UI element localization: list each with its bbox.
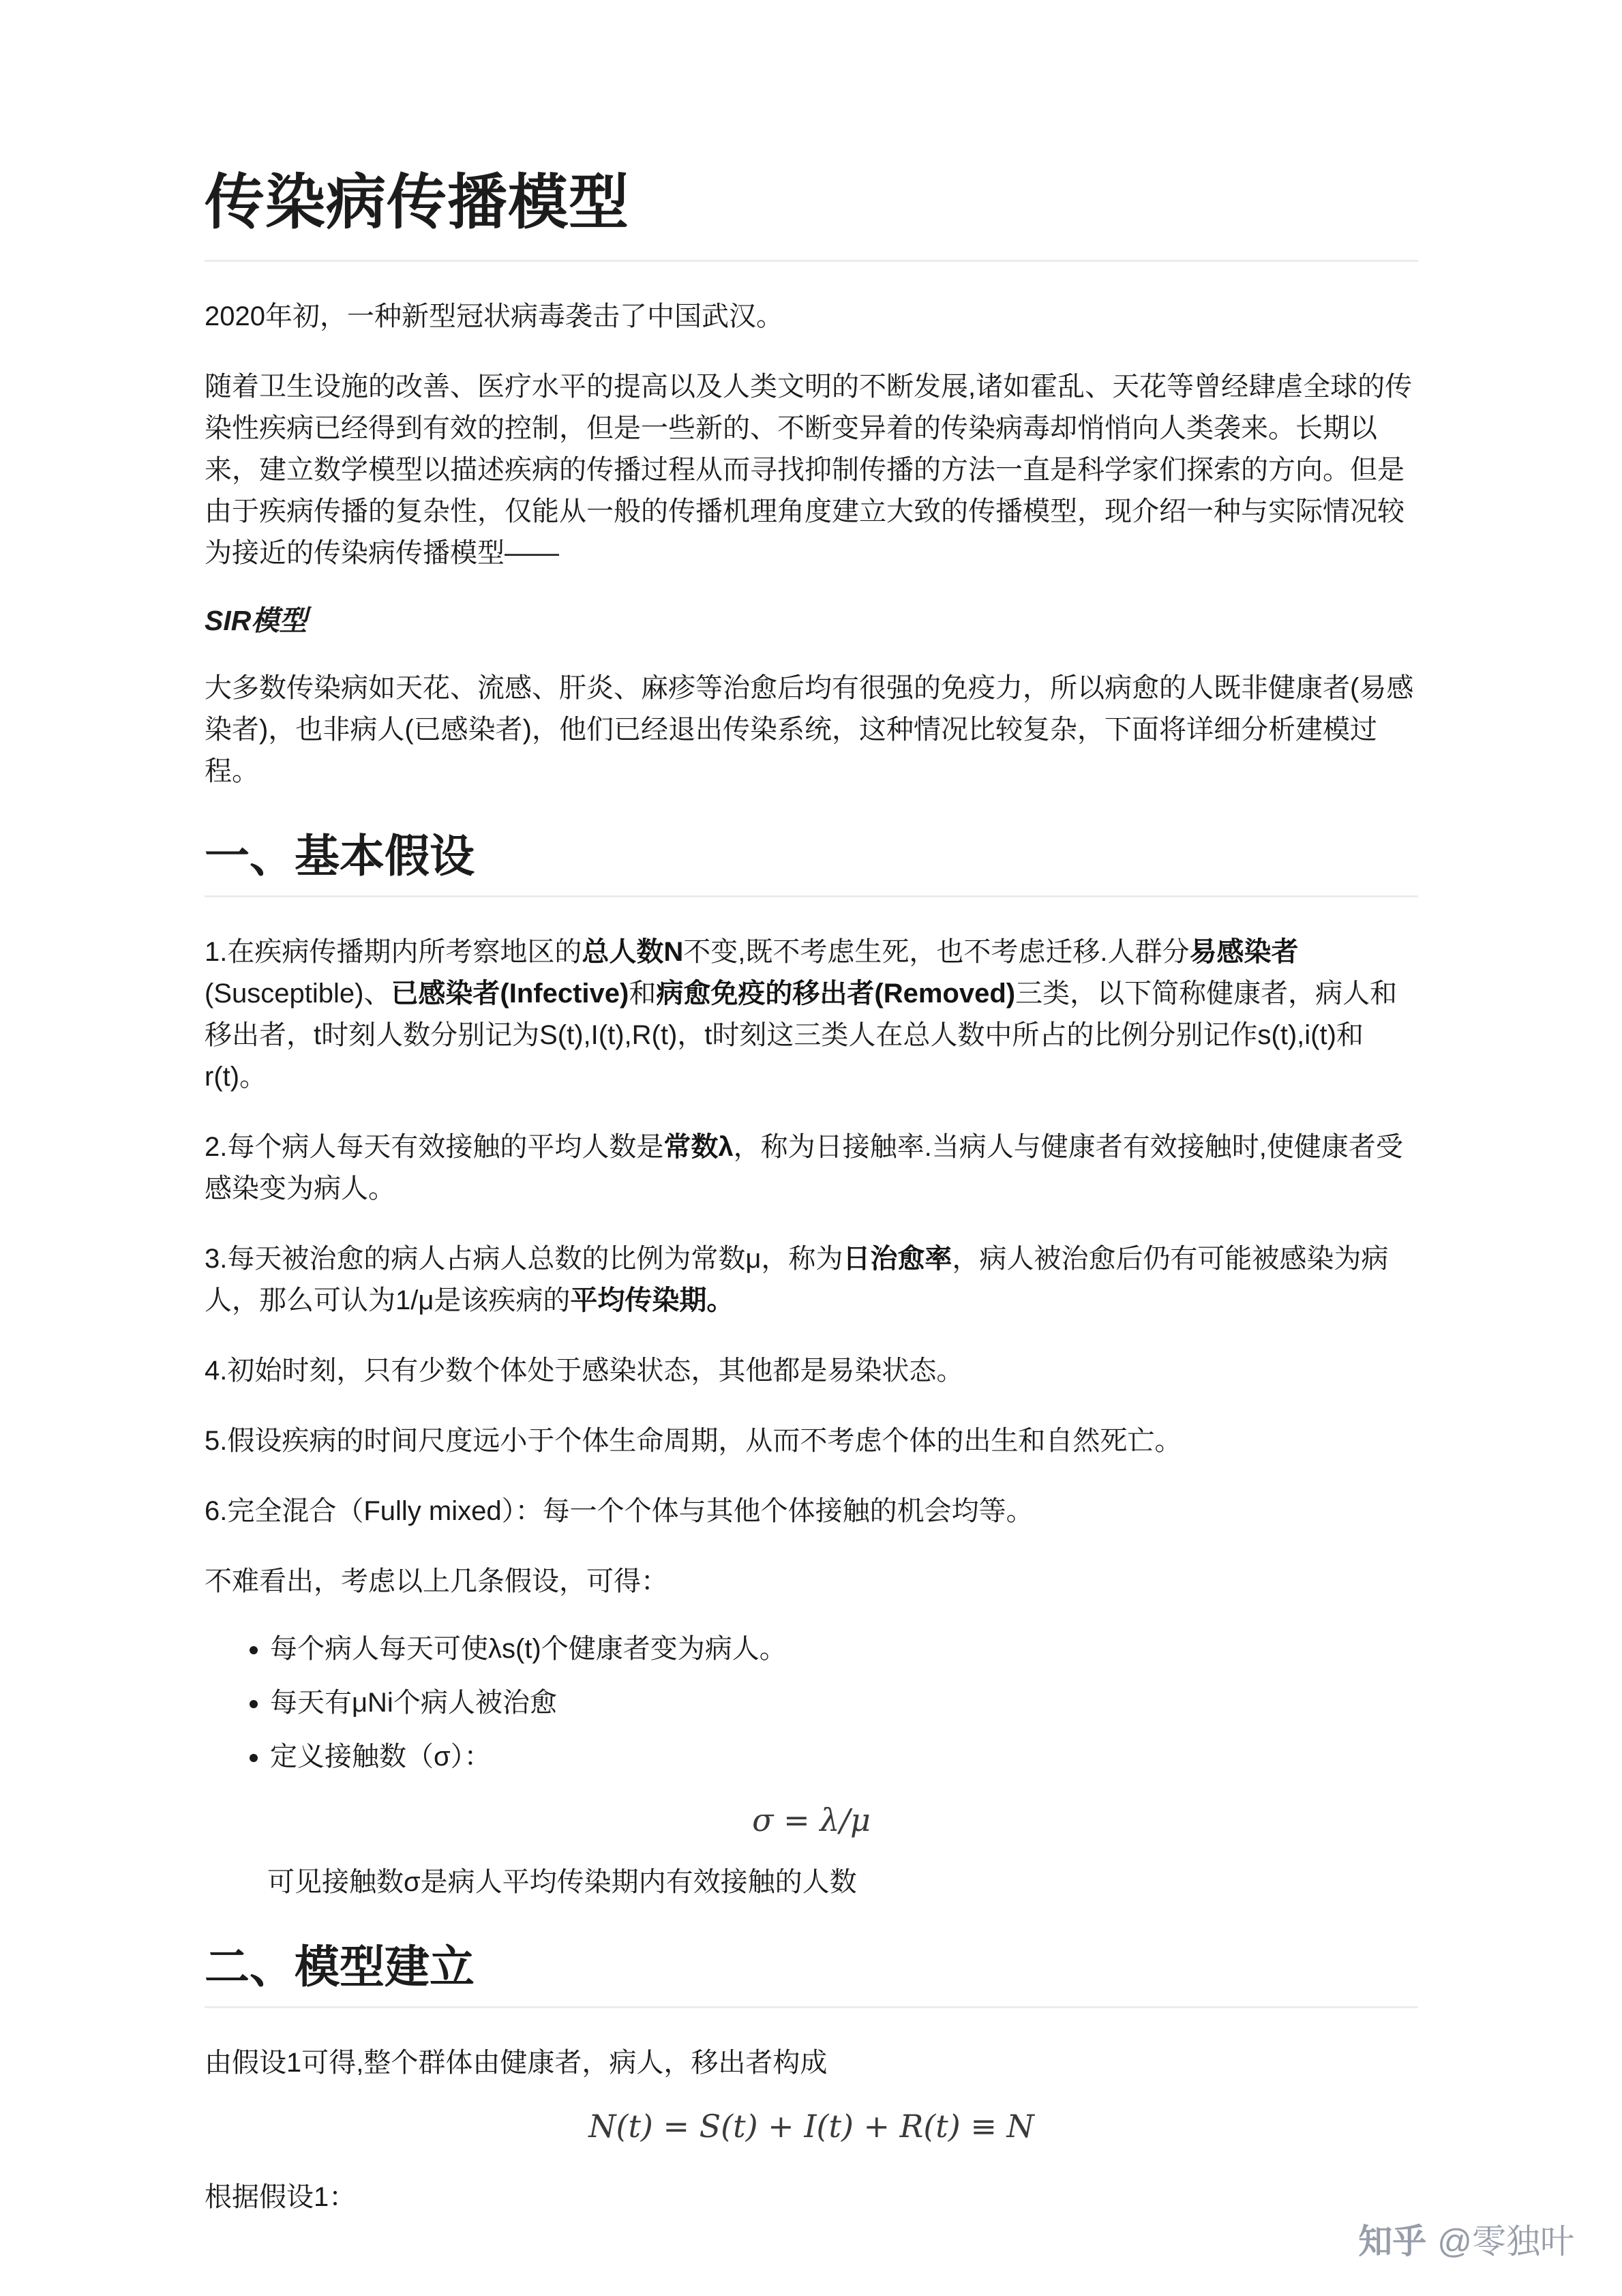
conclusion-bullet-list: 每个病人每天可使λs(t)个健康者变为病人。 每天有μNi个病人被治愈 定义接触…: [205, 1628, 1418, 1778]
sir-model-subheading: SIR模型: [205, 603, 1418, 639]
article: 传染病传播模型 2020年初，一种新型冠状病毒袭击了中国武汉。 随着卫生设施的改…: [205, 0, 1418, 2218]
article-title: 传染病传播模型: [205, 167, 1418, 238]
sir-model-paragraph: 大多数传染病如天花、流感、肝炎、麻疹等治愈后均有很强的免疫力，所以病愈的人既非健…: [205, 668, 1418, 792]
formula-population: N(t) = S(t) + I(t) + R(t) ≡ N: [205, 2104, 1418, 2148]
title-divider: [205, 260, 1418, 262]
assumption-item-2: 2.每个病人每天有效接触的平均人数是常数λ，称为日接触率.当病人与健康者有效接触…: [205, 1127, 1418, 1210]
model-intro-paragraph: 由假设1可得,整个群体由健康者，病人，移出者构成: [205, 2042, 1418, 2084]
assumption-item-1: 1.在疾病传播期内所考察地区的总人数N不变,既不考虑生死，也不考虑迁移.人群分易…: [205, 931, 1418, 1098]
bullet-item-cure-count: 每天有μNi个病人被治愈: [270, 1682, 1418, 1724]
assumptions-lead-out: 不难看出，考虑以上几条假设，可得：: [205, 1561, 1418, 1602]
section-divider: [205, 895, 1418, 897]
assumption-item-4: 4.初始时刻，只有少数个体处于感染状态，其他都是易染状态。: [205, 1350, 1418, 1392]
section-heading-model-building: 二、模型建立: [205, 1940, 1418, 1994]
watermark-author: @零独叶: [1437, 2222, 1574, 2261]
assumption-item-6: 6.完全混合（Fully mixed）：每一个个体与其他个体接触的机会均等。: [205, 1491, 1418, 1532]
model-followup-paragraph: 根据假设1：: [205, 2177, 1418, 2218]
intro-paragraph-2: 随着卫生设施的改善、医疗水平的提高以及人类文明的不断发展,诸如霍乱、天花等曾经肆…: [205, 366, 1418, 574]
zhihu-watermark: 知乎@零独叶: [1358, 2214, 1574, 2263]
assumption-item-3: 3.每天被治愈的病人占病人总数的比例为常数μ，称为日治愈率，病人被治愈后仍有可能…: [205, 1238, 1418, 1322]
formula-sigma: σ = λ/μ: [205, 1798, 1418, 1842]
section-divider: [205, 2006, 1418, 2008]
zhihu-logo-text: 知乎: [1358, 2222, 1426, 2261]
formula-sigma-note: 可见接触数σ是病人平均传染期内有效接触的人数: [205, 1862, 1418, 1903]
bullet-item-infection-rate: 每个病人每天可使λs(t)个健康者变为病人。: [270, 1628, 1418, 1670]
bullet-item-contact-number: 定义接触数（σ）：: [270, 1736, 1418, 1778]
intro-paragraph-1: 2020年初，一种新型冠状病毒袭击了中国武汉。: [205, 296, 1418, 338]
section-heading-basic-assumptions: 一、基本假设: [205, 829, 1418, 883]
assumption-item-5: 5.假设疾病的时间尺度远小于个体生命周期，从而不考虑个体的出生和自然死亡。: [205, 1420, 1418, 1462]
